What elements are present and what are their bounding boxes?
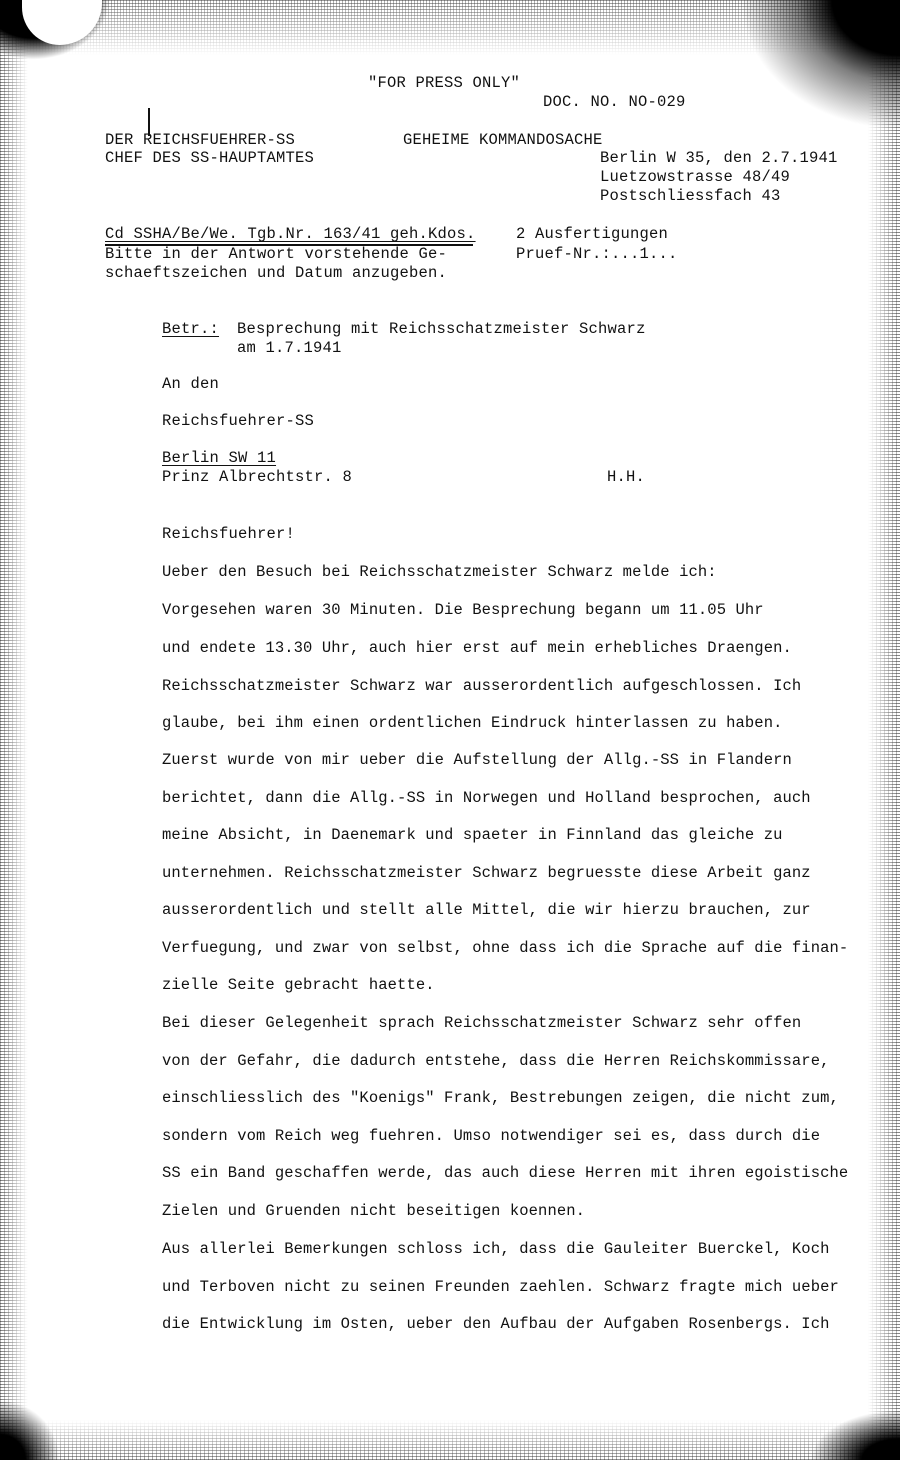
body-line: und Terboven nicht zu seinen Freunden za… [162, 1278, 839, 1296]
body-line: zielle Seite gebracht haette. [162, 976, 435, 994]
subject-label: Betr.: [162, 320, 219, 338]
body-line: Zuerst wurde von mir ueber die Aufstellu… [162, 751, 792, 769]
body-line: sondern vom Reich weg fuehren. Umso notw… [162, 1127, 820, 1145]
addressee-line-2: Reichsfuehrer-SS [162, 412, 314, 430]
body-line: Bei dieser Gelegenheit sprach Reichsscha… [162, 1014, 801, 1032]
body-line: Ueber den Besuch bei Reichsschatzmeister… [162, 563, 717, 581]
punch-hole [22, 0, 102, 45]
subject-line-2: am 1.7.1941 [237, 339, 342, 357]
body-line: Aus allerlei Bemerkungen schloss ich, da… [162, 1240, 830, 1258]
press-marking: "FOR PRESS ONLY" [368, 74, 520, 92]
body-line: SS ein Band geschaffen werde, das auch d… [162, 1164, 848, 1182]
scan-corner-bottom-right [810, 1410, 900, 1460]
body-line: von der Gefahr, die dadurch entstehe, da… [162, 1052, 830, 1070]
doc-number: DOC. NO. NO-029 [543, 93, 686, 111]
initials: H.H. [607, 468, 645, 486]
street-address: Luetzowstrasse 48/49 [600, 168, 790, 186]
sender-line-2: CHEF DES SS-HAUPTAMTES [105, 149, 314, 167]
copies-count: 2 Ausfertigungen [516, 225, 668, 243]
reference-note-2: schaeftszeichen und Datum anzugeben. [105, 264, 447, 282]
body-line: berichtet, dann die Allg.-SS in Norwegen… [162, 789, 811, 807]
body-line: glaube, bei ihm einen ordentlichen Eindr… [162, 714, 783, 732]
scan-edge-top [0, 0, 900, 55]
body-line: unternehmen. Reichsschatzmeister Schwarz… [162, 864, 811, 882]
sender-line-1: DER REICHSFUEHRER-SS [105, 131, 295, 149]
body-line: einschliesslich des "Koenigs" Frank, Bes… [162, 1089, 839, 1107]
salutation: Reichsfuehrer! [162, 525, 295, 543]
body-line: Zielen und Gruenden nicht beseitigen koe… [162, 1202, 585, 1220]
po-box: Postschliessfach 43 [600, 187, 781, 205]
body-line: meine Absicht, in Daenemark und spaeter … [162, 826, 783, 844]
scan-edge-right [868, 0, 900, 1460]
body-line: und endete 13.30 Uhr, auch hier erst auf… [162, 639, 792, 657]
body-line: die Entwicklung im Osten, ueber den Aufb… [162, 1315, 830, 1333]
reference-number: Cd SSHA/Be/We. Tgb.Nr. 163/41 geh.Kdos. [105, 225, 476, 243]
scan-edge-left [0, 0, 28, 1460]
classification: GEHEIME KOMMANDOSACHE [403, 131, 603, 149]
body-line: Vorgesehen waren 30 Minuten. Die Besprec… [162, 601, 764, 619]
scan-edge-bottom [0, 1420, 900, 1460]
place-date: Berlin W 35, den 2.7.1941 [600, 149, 838, 167]
addressee-line-3: Berlin SW 11 [162, 449, 276, 467]
scan-corner-top-right [740, 0, 900, 130]
body-line: Verfuegung, und zwar von selbst, ohne da… [162, 939, 848, 957]
scan-corner-bottom-left [0, 1400, 60, 1460]
check-number: Pruef-Nr.:...1... [516, 245, 678, 263]
addressee-line-4: Prinz Albrechtstr. 8 [162, 468, 352, 486]
body-line: Reichsschatzmeister Schwarz war ausseror… [162, 677, 801, 695]
reference-note-1: Bitte in der Antwort vorstehende Ge- [105, 245, 447, 263]
addressee-line-1: An den [162, 375, 219, 393]
subject-line-1: Besprechung mit Reichsschatzmeister Schw… [237, 320, 646, 338]
scan-corner-top-left [0, 0, 110, 60]
body-line: ausserordentlich und stellt alle Mittel,… [162, 901, 811, 919]
